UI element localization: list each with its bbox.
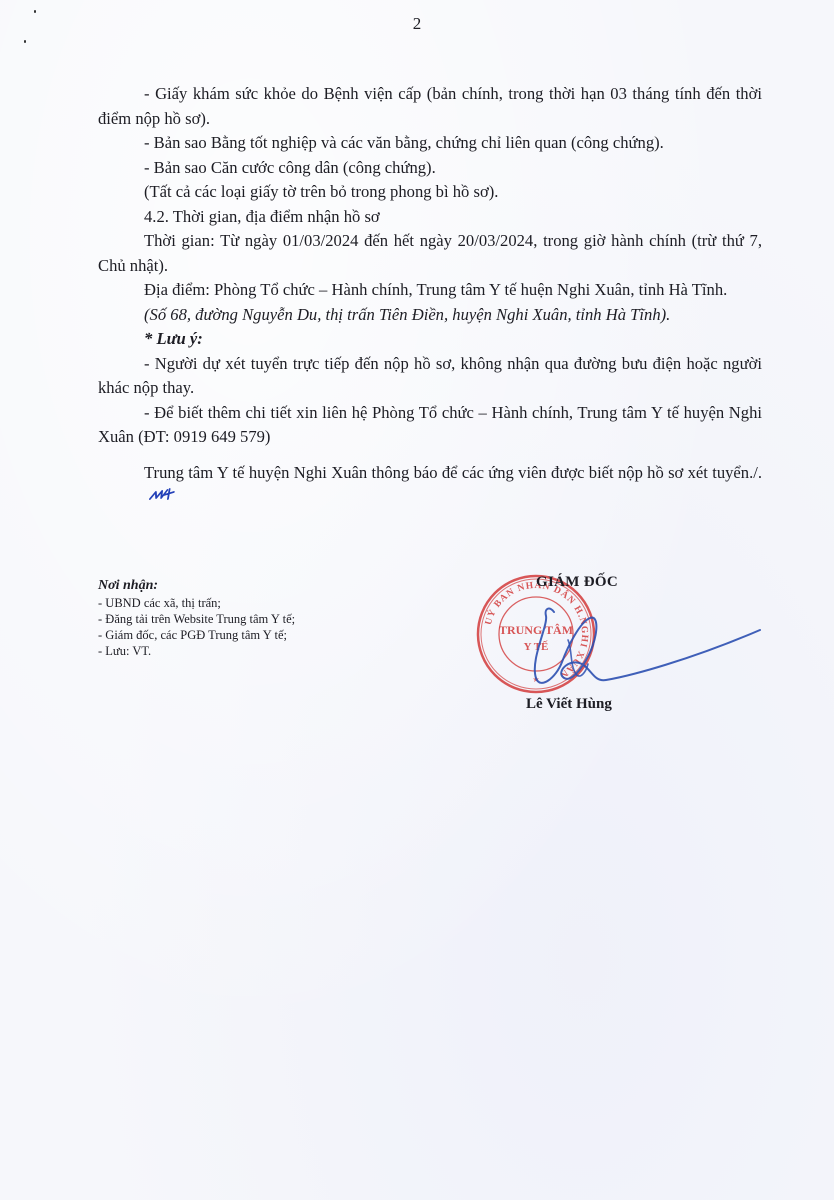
recipient-item: - Giám đốc, các PGĐ Trung tâm Y tế; <box>98 627 295 643</box>
section-heading-time-place: 4.2. Thời gian, địa điểm nhận hồ sơ <box>98 205 762 230</box>
document-body: - Giấy khám sức khỏe do Bệnh viện cấp (b… <box>98 82 762 512</box>
paragraph-closing: Trung tâm Y tế huyện Nghi Xuân thông báo… <box>98 461 762 512</box>
signer-title: GIÁM ĐỐC <box>536 574 618 591</box>
recipients-block: Nơi nhận: - UBND các xã, thị trấn; - Đăn… <box>98 578 295 659</box>
paragraph-health-certificate: - Giấy khám sức khỏe do Bệnh viện cấp (b… <box>98 82 762 131</box>
note-heading: * Lưu ý: <box>98 327 762 352</box>
recipient-item: - UBND các xã, thị trấn; <box>98 595 295 611</box>
paragraph-time: Thời gian: Từ ngày 01/03/2024 đến hết ng… <box>98 229 762 278</box>
scan-speck <box>34 10 36 13</box>
paragraph-place: Địa điểm: Phòng Tổ chức – Hành chính, Tr… <box>98 278 762 303</box>
paragraph-envelope-note: (Tất cả các loại giấy tờ trên bỏ trong p… <box>98 180 762 205</box>
handwritten-signature-icon <box>510 600 770 710</box>
recipient-item: - Đăng tải trên Website Trung tâm Y tế; <box>98 611 295 627</box>
paragraph-address: (Số 68, đường Nguyễn Du, thị trấn Tiên Đ… <box>98 303 762 328</box>
page-number: 2 <box>0 14 834 34</box>
document-page: 2 - Giấy khám sức khỏe do Bệnh viện cấp … <box>0 0 834 1200</box>
recipient-item: - Lưu: VT. <box>98 643 295 659</box>
paragraph-id-copy: - Bản sao Căn cước công dân (công chứng)… <box>98 156 762 181</box>
note-contact: - Để biết thêm chi tiết xin liên hệ Phòn… <box>98 401 762 450</box>
signer-name: Lê Viết Hùng <box>526 696 612 713</box>
closing-text: Trung tâm Y tế huyện Nghi Xuân thông báo… <box>144 463 762 482</box>
initials-scribble-icon <box>147 486 177 502</box>
recipients-title: Nơi nhận: <box>98 578 295 594</box>
note-in-person: - Người dự xét tuyển trực tiếp đến nộp h… <box>98 352 762 401</box>
paragraph-diploma-copy: - Bản sao Bằng tốt nghiệp và các văn bằn… <box>98 131 762 156</box>
handwritten-initials-mark <box>99 486 178 512</box>
scan-speck <box>24 40 26 43</box>
signature-block: UỶ BAN NHÂN DÂN H.NGHI XUÂN TRUNG TÂM Y … <box>470 560 790 730</box>
